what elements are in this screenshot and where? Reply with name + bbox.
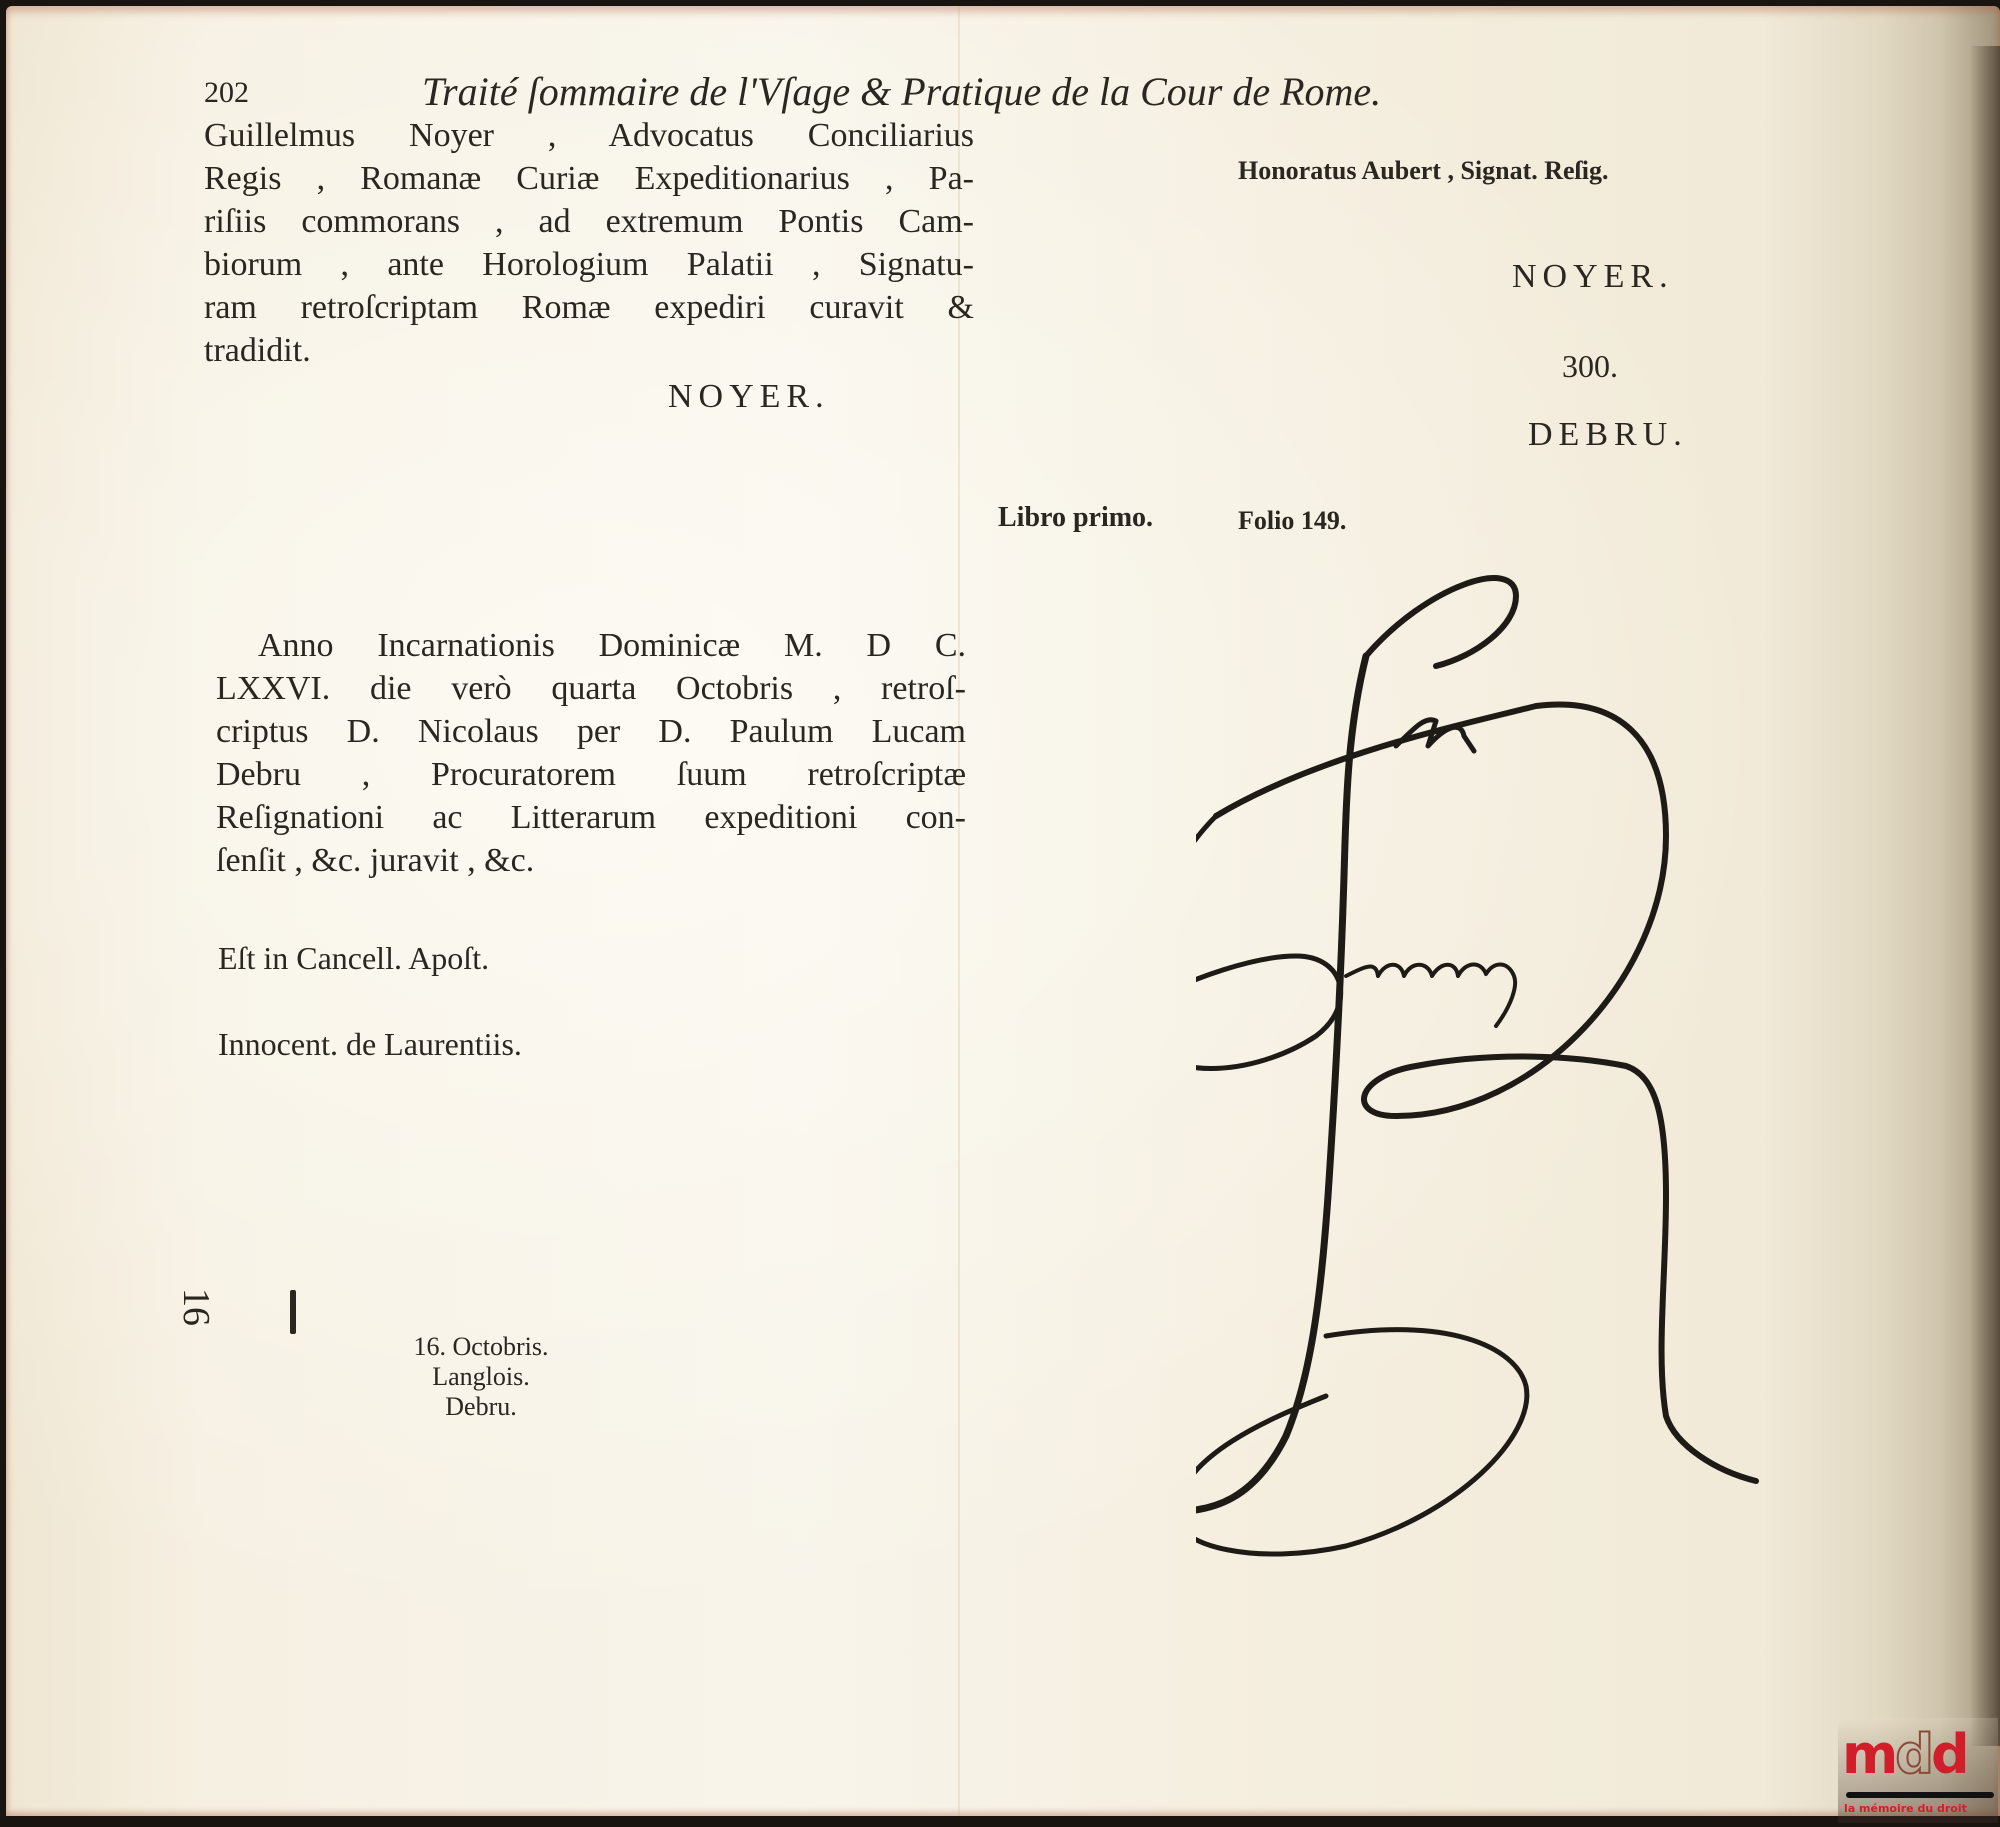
text-line: tradidit. — [204, 329, 974, 372]
text-line: riſiis commorans , ad extremum Pontis Ca… — [204, 200, 974, 243]
margin-bar — [290, 1290, 296, 1334]
signature-noyer-right: NOYER. — [1512, 258, 1674, 296]
text-line: Anno Incarnationis Dominicæ M. D C. — [216, 624, 966, 667]
page-edge-shadow — [1970, 46, 2000, 1746]
line-innocent: Innocent. de Laurentiis. — [218, 1026, 522, 1063]
paragraph-anno: Anno Incarnationis Dominicæ M. D C. LXXV… — [216, 624, 966, 882]
page-number: 202 — [204, 76, 249, 110]
text-line: Debru , Procuratorem ſuum retroſcriptæ — [216, 753, 966, 796]
book-page: 202 Traité ſommaire de l'Vſage & Pratiqu… — [6, 6, 2000, 1816]
text-line: criptus D. Nicolaus per D. Paulum Lucam — [216, 710, 966, 753]
logo-tagline: la mémoire du droit — [1844, 1802, 1967, 1815]
page-header: 202 Traité ſommaire de l'Vſage & Pratiqu… — [204, 68, 1544, 118]
paragraph-guillelmus: Guillelmus Noyer , Advocatus Conciliariu… — [204, 114, 974, 372]
note-langlois: Langlois. — [366, 1362, 596, 1392]
logo-rule — [1846, 1792, 1994, 1798]
amount: 300. — [1562, 348, 1618, 385]
text-line: LXXVI. die verò quarta Octobris , retroſ… — [216, 667, 966, 710]
notarial-signature-flourish — [1196, 556, 1796, 1566]
logo-letters: mdd — [1842, 1728, 1967, 1782]
marginal-note: 16. Octobris. Langlois. Debru. — [366, 1332, 596, 1422]
margin-number-rotated: 16 — [174, 1288, 218, 1326]
folio-label: Folio 149. — [1238, 506, 1346, 536]
text-line: Regis , Romanæ Curiæ Expeditionarius , P… — [204, 157, 974, 200]
libro-label: Libro primo. — [998, 502, 1153, 533]
text-line: biorum , ante Horologium Palatii , Signa… — [204, 243, 974, 286]
line-cancellaria: Eſt in Cancell. Apoſt. — [218, 940, 489, 977]
text-line: ſenſit , &c. juravit , &c. — [216, 839, 966, 882]
text-line: Reſignationi ac Litterarum expeditioni c… — [216, 796, 966, 839]
note-date: 16. Octobris. — [366, 1332, 596, 1362]
libro-primo: Libro primo. — [998, 502, 1153, 534]
note-debru: Debru. — [366, 1392, 596, 1422]
mdd-watermark-logo: mdd la mémoire du droit — [1838, 1718, 1998, 1823]
text-line: ram retroſcriptam Romæ expediri curavit … — [204, 286, 974, 329]
text-line: Guillelmus Noyer , Advocatus Conciliariu… — [204, 114, 974, 157]
running-title: Traité ſommaire de l'Vſage & Pratique de… — [422, 68, 1381, 115]
honoratus-line: Honoratus Aubert , Signat. Reſig. — [1238, 156, 1609, 186]
signature-noyer-left: NOYER. — [668, 378, 830, 416]
signature-debru: DEBRU. — [1528, 416, 1688, 454]
